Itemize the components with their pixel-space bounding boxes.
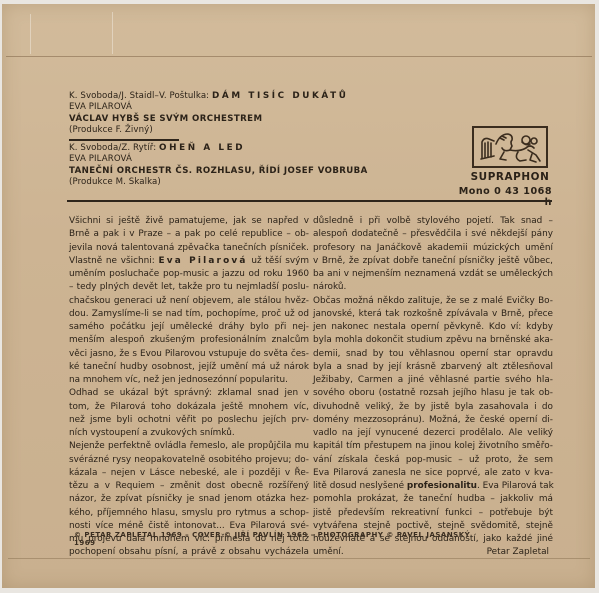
track-a-production: (Produkce F. Živný) xyxy=(69,125,464,136)
track-a-authors: K. Svoboda/J. Staidl–V. Poštulka: xyxy=(69,91,209,101)
liner-note-line: samého počátku její umělecké dráhy bylo … xyxy=(69,321,309,334)
catalog-number: Mono 0 43 1068 h xyxy=(448,186,552,208)
liner-note-line: demii, snad by tou věhlasnou operní star… xyxy=(313,348,553,361)
lion-harp-icon xyxy=(474,128,546,166)
liner-note-line: jen nakonec nestala operní pěvkyně. Kdo … xyxy=(313,321,553,334)
liner-note-line: Nejenže perfektně ovládla řemeslo, ale p… xyxy=(69,440,309,453)
track-b-production: (Produkce M. Skalka) xyxy=(69,177,464,188)
liner-note-line: profesory na Janáčkově akademii múzickýc… xyxy=(313,242,553,255)
liner-note-line: jistě především rekreativní funkci – pot… xyxy=(313,507,553,520)
track-a-artist: EVA PILAROVÁ xyxy=(69,102,464,113)
paper-crease xyxy=(30,14,31,54)
liner-note-line: tom, že Pilarová toho dokázala ještě mno… xyxy=(69,401,309,414)
liner-note-line: názor, že zpívat písničky je snad jenom … xyxy=(69,493,309,506)
liner-note-line: nároků. xyxy=(313,281,553,294)
paper-crease xyxy=(112,12,113,54)
top-flap-fold xyxy=(6,56,592,57)
track-a-title: DÁM TISÍC DUKÁTŮ xyxy=(212,91,348,101)
track-b-title-line: K. Svoboda/Z. Rytíř: OHEŇ A LED xyxy=(69,143,464,154)
track-a-credits: K. Svoboda/J. Staidl–V. Poštulka: DÁM TI… xyxy=(69,91,464,136)
track-b-title: OHEŇ A LED xyxy=(159,143,245,153)
liner-note-line: v Brně, že zpívat dobře taneční písničky… xyxy=(313,255,553,268)
track-b-orchestra: TANEČNÍ ORCHESTR ČS. ROZHLASU, ŘÍDÍ JOSE… xyxy=(69,166,464,177)
track-b-authors: K. Svoboda/Z. Rytíř: xyxy=(69,143,156,153)
liner-note-line: kázala – nejen v Lásce nebeské, ale i po… xyxy=(69,467,309,480)
liner-note-line: sového oboru (ostatně rozsah jejího hlas… xyxy=(313,387,553,400)
liner-note-line: menším alespoň zkušeným profesionálním z… xyxy=(69,334,309,347)
liner-note-closing: umění.Petar Zapletal xyxy=(313,546,553,559)
liner-note-line: – tedy plných devět let, takže pro tu ne… xyxy=(69,281,309,294)
liner-note-line: kého, příjemného hlasu, smyslu pro rytmu… xyxy=(69,507,309,520)
liner-note-line: byla a snad by její krásně zbarvený alt … xyxy=(313,361,553,374)
track-a-title-line: K. Svoboda/J. Staidl–V. Poštulka: DÁM TI… xyxy=(69,91,464,102)
liner-note-line: byla mohla dokončit studium zpěvu na brn… xyxy=(313,334,553,347)
liner-note-line: tězu a v Requiem – změnit dost obecně ro… xyxy=(69,480,309,493)
liner-note-line: ba ani v nejmenším neznamená vzdát se um… xyxy=(313,268,553,281)
liner-note-line: divuhodně veliký, že by jistě byla zasah… xyxy=(313,401,553,414)
liner-note-line: věci jasno, že s Evou Pilarovou vstupuje… xyxy=(69,348,309,361)
track-a-orchestra: VÁCLAV HYBŠ SE SVÝM ORCHESTREM xyxy=(69,114,464,125)
liner-note-line: pochopení obsahu písní, a právě z obsahu… xyxy=(69,546,309,559)
track-b-artist: EVA PILAROVÁ xyxy=(69,154,464,165)
copyright-line: © PETAR ZAPLETAL 1969 – COVER © JIŘÍ PAV… xyxy=(74,531,494,547)
liner-note-line: Odhad se ukázal být správný: zklamal sna… xyxy=(69,387,309,400)
author-signature: Petar Zapletal xyxy=(487,546,549,559)
liner-note-line: chačskou generaci už není objevem, ale s… xyxy=(69,295,309,308)
liner-note-line: Eva Pilarová zanesla ne sice poprvé, ale… xyxy=(313,467,553,480)
liner-note-line: Ježibaby, Carmen a jiné věhlasné partie … xyxy=(313,374,553,387)
liner-note-line: Občas možná někdo zalituje, že se z malé… xyxy=(313,295,553,308)
liner-notes-column-1: Všichni si ještě živě pamatujeme, jak se… xyxy=(69,215,309,560)
liner-note-line: dou. Zamyslíme-li se nad tím, pochopíme,… xyxy=(69,308,309,321)
liner-note-line: Všichni si ještě živě pamatujeme, jak se… xyxy=(69,215,309,228)
record-sleeve-back: K. Svoboda/J. Staidl–V. Poštulka: DÁM TI… xyxy=(2,4,595,588)
liner-note-line: pomohla prokázat, že taneční hudba – jak… xyxy=(313,493,553,506)
liner-note-line: Vlastně ne všichni: Eva Pilarová už těší… xyxy=(69,255,309,268)
liner-note-line: uměním posluchače pop-music a jazzu od r… xyxy=(69,268,309,281)
liner-note-line: jevila nová talentovaná zpěvačka taneční… xyxy=(69,242,309,255)
liner-note-line: alespoň dodatečně – přesvědčila i své ně… xyxy=(313,228,553,241)
liner-note-line: než jsme byli ochotni věřit po poslechu … xyxy=(69,414,309,427)
liner-notes-column-2: důsledně i při volbě stylového pojetí. T… xyxy=(313,215,553,560)
liner-note-line: vadlo na její vynucené dezerci prodělalo… xyxy=(313,427,553,440)
label-brand: SUPRAPHON xyxy=(468,171,552,183)
liner-note-line: litě dosud neslyšené profesionalitu. Eva… xyxy=(313,480,553,493)
liner-note-line: vání získala česká pop-music – už proto,… xyxy=(313,454,553,467)
liner-note-line: svérázné rysy neopakovatelně osobitého p… xyxy=(69,454,309,467)
liner-note-line: kapitál tím přestupem na jinou kolej živ… xyxy=(313,440,553,453)
credits-divider xyxy=(69,139,179,141)
liner-note-line: janovské, která tak rozkošně zpívávala v… xyxy=(313,308,553,321)
liner-note-line: Brně a pak i v Praze – a pak po celé rep… xyxy=(69,228,309,241)
track-credits: K. Svoboda/J. Staidl–V. Poštulka: DÁM TI… xyxy=(69,91,464,188)
supraphon-logo-icon xyxy=(472,126,548,168)
liner-note-line: domény mezzosopránu). Možná, že české op… xyxy=(313,414,553,427)
track-b-credits: K. Svoboda/Z. Rytíř: OHEŇ A LED EVA PILA… xyxy=(69,143,464,188)
liner-note-line: na mnohem víc, než jen jednosezónní popu… xyxy=(69,374,309,387)
liner-note-line: důsledně i při volbě stylového pojetí. T… xyxy=(313,215,553,228)
liner-note-line: ké taneční hudby osobnost, jejíž umění m… xyxy=(69,361,309,374)
liner-note-line: ních vystoupení a zvukových snímků. xyxy=(69,427,309,440)
liner-note-line: umění. xyxy=(313,546,344,559)
header-divider xyxy=(67,200,552,202)
